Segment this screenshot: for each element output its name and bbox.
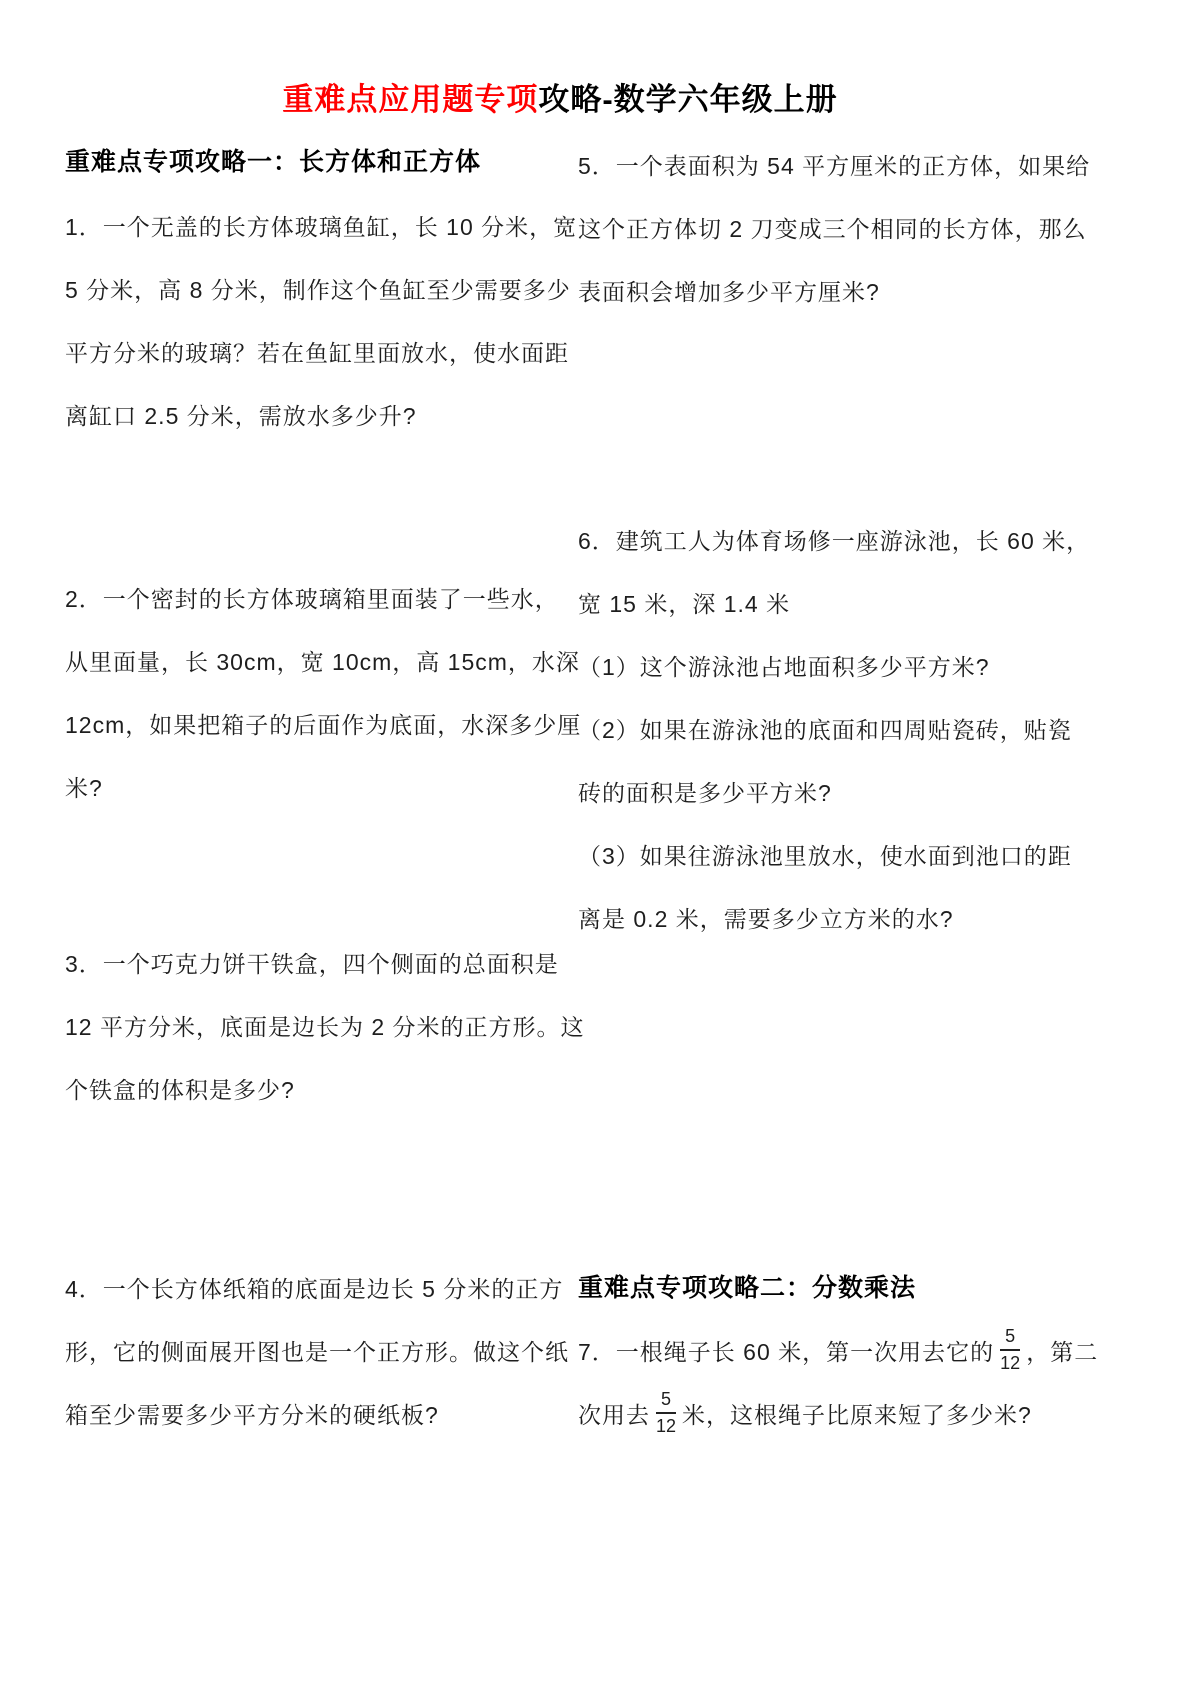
fraction-denominator: 12	[1000, 1351, 1020, 1374]
problem-6: 6．建筑工人为体育场修一座游泳池，长 60 米， 宽 15 米，深 1.4 米 …	[578, 510, 1135, 951]
problem-2-line-3: 12cm，如果把箱子的后面作为底面，水深多少厘	[65, 694, 571, 757]
problem-5: 5．一个表面积为 54 平方厘米的正方体，如果给 这个正方体切 2 刀变成三个相…	[578, 135, 1135, 324]
problem-7-line-1: 7．一根绳子长 60 米，第一次用去它的512，第二	[578, 1321, 1135, 1384]
document-title-rest: 攻略-数学六年级上册	[538, 82, 837, 117]
problem-6-sub-3-line-1: （3）如果往游泳池里放水，使水面到池口的距	[578, 825, 1135, 888]
problem-7-text-after-fraction-1: ，第二	[1026, 1339, 1098, 1365]
problem-6-statement-line-1: 6．建筑工人为体育场修一座游泳池，长 60 米，	[578, 510, 1135, 573]
problem-6-sub-2-line-1: （2）如果在游泳池的底面和四周贴瓷砖，贴瓷	[578, 699, 1135, 762]
problem-4-line-2: 形，它的侧面展开图也是一个正方形。做这个纸	[65, 1321, 571, 1384]
problem-1-line-1: 1．一个无盖的长方体玻璃鱼缸，长 10 分米，宽	[65, 196, 571, 259]
problem-6-statement-line-2: 宽 15 米，深 1.4 米	[578, 573, 1135, 636]
fraction-denominator: 12	[656, 1414, 676, 1437]
fraction-5-12-first: 512	[1000, 1326, 1020, 1373]
problem-1: 1．一个无盖的长方体玻璃鱼缸，长 10 分米，宽 5 分米，高 8 分米，制作这…	[65, 196, 571, 448]
problem-6-sub-3-line-2: 离是 0.2 米，需要多少立方米的水?	[578, 888, 1135, 951]
problem-7-text-after-fraction-2: 米，这根绳子比原来短了多少米?	[682, 1402, 1032, 1428]
fraction-numerator: 5	[1000, 1326, 1020, 1351]
problem-5-line-2: 这个正方体切 2 刀变成三个相同的长方体，那么	[578, 198, 1135, 261]
problem-5-line-1: 5．一个表面积为 54 平方厘米的正方体，如果给	[578, 135, 1135, 198]
fraction-numerator: 5	[656, 1389, 676, 1414]
problem-3: 3．一个巧克力饼干铁盒，四个侧面的总面积是 12 平方分米，底面是边长为 2 分…	[65, 933, 571, 1122]
problem-6-sub-1: （1）这个游泳池占地面积多少平方米?	[578, 636, 1135, 699]
problem-3-line-2: 12 平方分米，底面是边长为 2 分米的正方形。这	[65, 996, 571, 1059]
problem-4-line-1: 4．一个长方体纸箱的底面是边长 5 分米的正方	[65, 1258, 571, 1321]
problem-1-line-4: 离缸口 2.5 分米，需放水多少升?	[65, 385, 571, 448]
problem-3-line-1: 3．一个巧克力饼干铁盒，四个侧面的总面积是	[65, 933, 571, 996]
problem-7-text-before-fraction-2: 次用去	[578, 1402, 650, 1428]
problem-2-line-1: 2．一个密封的长方体玻璃箱里面装了一些水，	[65, 568, 571, 631]
problem-2-line-4: 米?	[65, 757, 571, 820]
problem-1-line-3: 平方分米的玻璃？若在鱼缸里面放水，使水面距	[65, 322, 571, 385]
document-title: 重难点应用题专项攻略-数学六年级上册	[0, 74, 1120, 119]
worksheet-page: 重难点应用题专项攻略-数学六年级上册 重难点专项攻略一：长方体和正方体 1．一个…	[0, 0, 1191, 1684]
fraction-5-12-second: 512	[656, 1389, 676, 1436]
problem-2: 2．一个密封的长方体玻璃箱里面装了一些水， 从里面量，长 30cm，宽 10cm…	[65, 568, 571, 820]
problem-2-line-2: 从里面量，长 30cm，宽 10cm，高 15cm，水深	[65, 631, 571, 694]
section-heading-2: 重难点专项攻略二：分数乘法	[578, 1268, 1135, 1304]
problem-7-line-2: 次用去512米，这根绳子比原来短了多少米?	[578, 1384, 1135, 1447]
problem-3-line-3: 个铁盒的体积是多少?	[65, 1059, 571, 1122]
section-heading-1: 重难点专项攻略一：长方体和正方体	[65, 142, 571, 178]
problem-4-line-3: 箱至少需要多少平方分米的硬纸板?	[65, 1384, 571, 1447]
problem-7-text-before-fraction-1: 7．一根绳子长 60 米，第一次用去它的	[578, 1339, 994, 1365]
problem-1-line-2: 5 分米，高 8 分米，制作这个鱼缸至少需要多少	[65, 259, 571, 322]
problem-6-sub-2-line-2: 砖的面积是多少平方米?	[578, 762, 1135, 825]
document-title-highlight: 重难点应用题专项	[282, 82, 538, 117]
problem-7: 7．一根绳子长 60 米，第一次用去它的512，第二 次用去512米，这根绳子比…	[578, 1321, 1135, 1447]
problem-4: 4．一个长方体纸箱的底面是边长 5 分米的正方 形，它的侧面展开图也是一个正方形…	[65, 1258, 571, 1447]
problem-5-line-3: 表面积会增加多少平方厘米?	[578, 261, 1135, 324]
